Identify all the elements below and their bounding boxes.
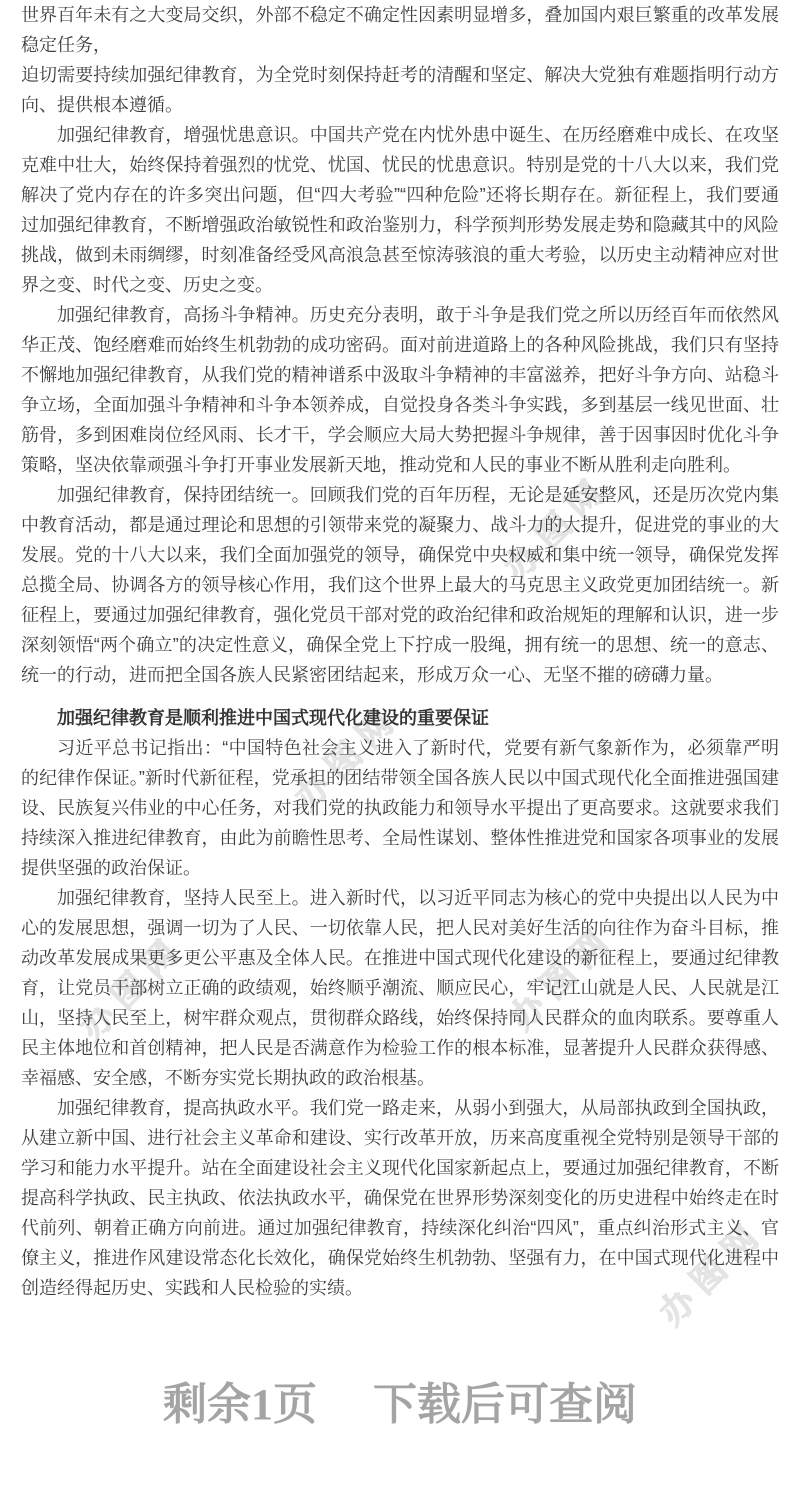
paragraph-worry-awareness: 加强纪律教育，增强忧患意识。中国共产党在内忧外患中诞生、在历经磨难中成长、在攻坚… bbox=[21, 120, 779, 300]
footer-promo: 剩余1页 下载后可查阅 bbox=[0, 1383, 800, 1427]
paragraph-top-fragment: 世界百年未有之大变局交织，外部不稳定不确定性因素明显增多，叠加国内艰巨繁重的改革… bbox=[21, 0, 779, 60]
paragraph-top-fragment-continued: 迫切需要持续加强纪律教育，为全党时刻保持赶考的清醒和坚定、解决大党独有难题指明行… bbox=[21, 60, 779, 120]
paragraph-people-first: 加强纪律教育，坚持人民至上。进入新时代，以习近平同志为核心的党中央提出以人民为中… bbox=[21, 883, 779, 1093]
paragraph-unity: 加强纪律教育，保持团结统一。回顾我们党的百年历程，无论是延安整风，还是历次党内集… bbox=[21, 480, 779, 690]
section-heading: 加强纪律教育是顺利推进中国式现代化建设的重要保证 bbox=[21, 703, 779, 733]
paragraph-quote-new-era: 习近平总书记指出：“中国特色社会主义进入了新时代，党要有新气象新作为，必须靠严明… bbox=[21, 733, 779, 883]
document-page: 世界百年未有之大变局交织，外部不稳定不确定性因素明显增多，叠加国内艰巨繁重的改革… bbox=[0, 0, 800, 1303]
pages-remaining-label: 剩余1页 bbox=[163, 1383, 317, 1427]
paragraph-governing-level: 加强纪律教育，提高执政水平。我们党一路走来，从弱小到强大，从局部执政到全国执政，… bbox=[21, 1093, 779, 1303]
download-hint-label: 下载后可查阅 bbox=[373, 1383, 637, 1427]
paragraph-struggle-spirit: 加强纪律教育，高扬斗争精神。历史充分表明，敢于斗争是我们党之所以历经百年而依然风… bbox=[21, 300, 779, 480]
